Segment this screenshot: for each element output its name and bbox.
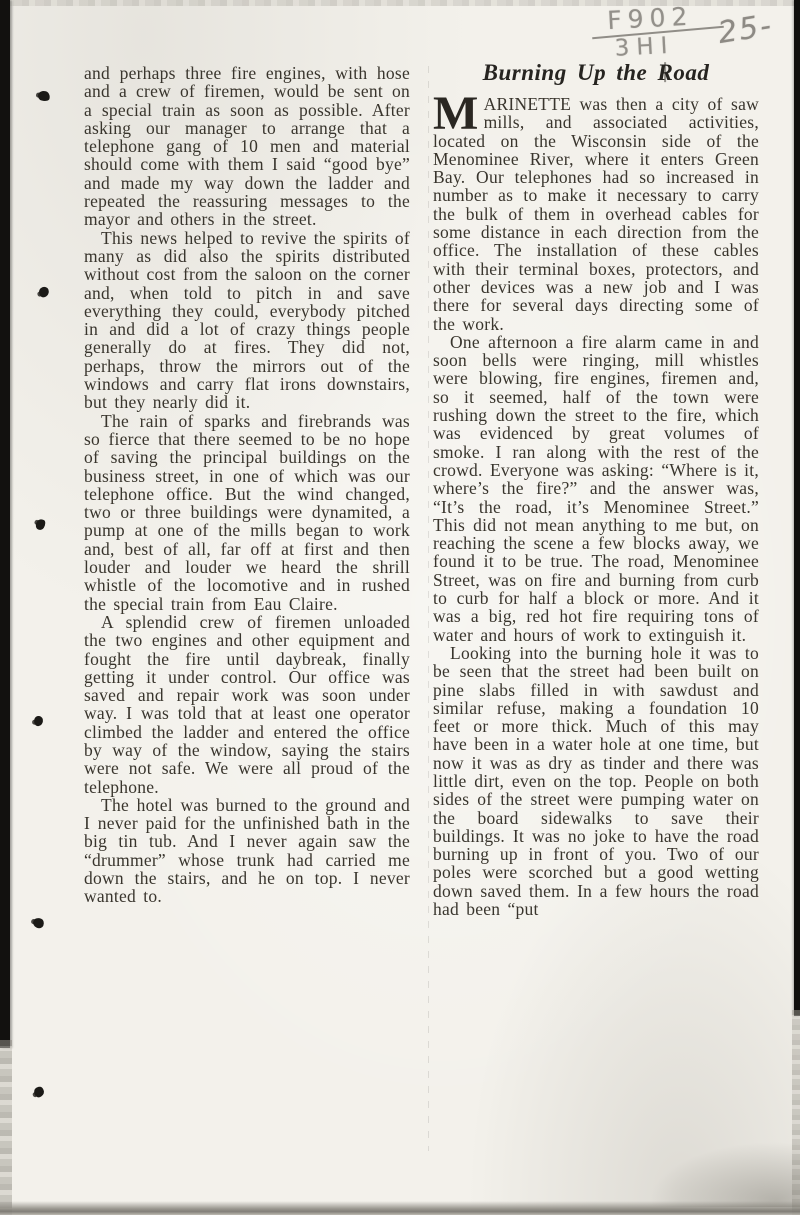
ink-blot <box>32 1085 46 1099</box>
article-paragraph: MARINETTE was then a city of saw mills, … <box>433 95 759 333</box>
article-paragraph: One afternoon a fire alarm came in and s… <box>433 333 759 644</box>
article-paragraph: This news helped to revive the spirits o… <box>84 229 410 412</box>
scan-edge-left <box>0 0 10 1048</box>
ink-blot <box>33 715 44 726</box>
drop-cap: M <box>433 95 484 131</box>
article-paragraph: and perhaps three fire engines, with hos… <box>84 64 410 229</box>
right-column: Burning Up the Road MARINETTE was then a… <box>433 60 759 918</box>
ink-blot <box>37 90 51 103</box>
scanned-page: F902 3HI 25- and perhaps three fire engi… <box>0 0 800 1215</box>
scan-edge-right <box>794 0 800 1016</box>
ink-blot <box>32 916 46 929</box>
ink-blot <box>38 286 51 299</box>
article-paragraph: Looking into the burning hole it was to … <box>433 644 759 918</box>
article-title: Burning Up the Road <box>433 60 759 86</box>
scan-corner-smudge <box>640 1137 800 1207</box>
ink-blot <box>34 517 47 531</box>
article-paragraph: The hotel was burned to the ground and I… <box>84 796 410 906</box>
scan-edge-left-fade <box>0 1040 12 1215</box>
article-paragraph: The rain of sparks and firebrands was so… <box>84 412 410 613</box>
handwritten-price: 25- <box>716 8 776 51</box>
left-column: and perhaps three fire engines, with hos… <box>84 64 410 906</box>
article-paragraph: A splendid crew of firemen unloaded the … <box>84 613 410 796</box>
paragraph-text: ARINETTE was then a city of saw mills, a… <box>433 94 759 334</box>
column-divider-line <box>428 66 429 1151</box>
